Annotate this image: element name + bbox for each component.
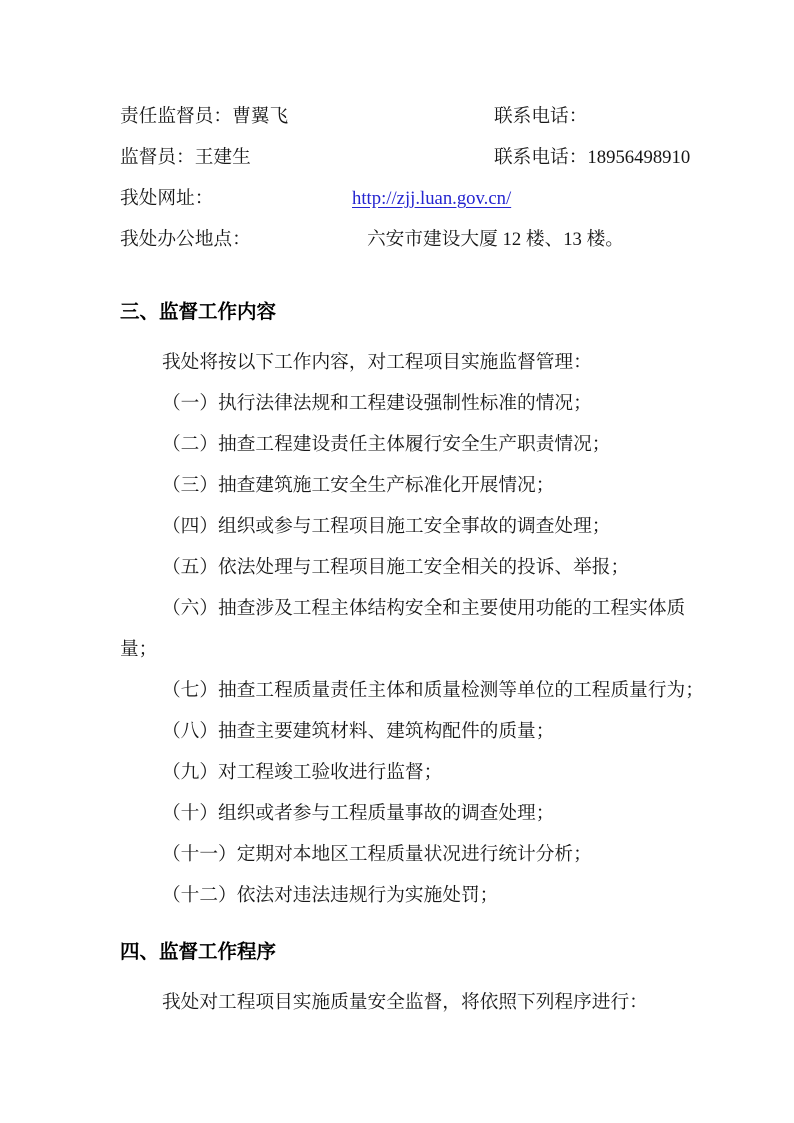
list-item-6: （六）抽查涉及工程主体结构安全和主要使用功能的工程实体质量； — [120, 588, 695, 670]
section3-intro: 我处将按以下工作内容，对工程项目实施监督管理： — [120, 342, 695, 383]
document-page: 责任监督员：曹翼飞 联系电话： 监督员：王建生 联系电话：18956498910… — [0, 0, 695, 1023]
list-item-8: （八）抽查主要建筑材料、建筑构配件的质量； — [120, 711, 695, 752]
duty-supervisor-phone: 联系电话： — [494, 96, 587, 137]
contact-row-duty-supervisor: 责任监督员：曹翼飞 联系电话： — [120, 96, 695, 137]
list-item-2: （二）抽查工程建设责任主体履行安全生产职责情况； — [120, 424, 695, 465]
office-label: 我处办公地点： — [120, 229, 251, 250]
supervisor-phone: 联系电话：18956498910 — [494, 137, 690, 178]
list-item-10: （十）组织或者参与工程质量事故的调查处理； — [120, 793, 695, 834]
contact-row-supervisor: 监督员：王建生 联系电话：18956498910 — [120, 137, 695, 178]
list-item-11: （十一）定期对本地区工程质量状况进行统计分析； — [120, 834, 695, 875]
list-item-12: （十二）依法对违法违规行为实施处罚； — [120, 875, 695, 916]
list-item-7: （七）抽查工程质量责任主体和质量检测等单位的工程质量行为； — [120, 670, 695, 711]
contact-info: 责任监督员：曹翼飞 联系电话： 监督员：王建生 联系电话：18956498910… — [120, 96, 695, 260]
supervisor-label: 监督员：王建生 — [120, 147, 251, 168]
section3-heading: 三、监督工作内容 — [120, 292, 695, 333]
list-item-1: （一）执行法律法规和工程建设强制性标准的情况； — [120, 383, 695, 424]
list-item-9: （九）对工程竣工验收进行监督； — [120, 752, 695, 793]
list-item-3: （三）抽查建筑施工安全生产标准化开展情况； — [120, 465, 695, 506]
section4-intro: 我处对工程项目实施质量安全监督，将依照下列程序进行： — [120, 982, 695, 1023]
list-item-5: （五）依法处理与工程项目施工安全相关的投诉、举报； — [120, 547, 695, 588]
website-link[interactable]: http://zjj.luan.gov.cn/ — [352, 178, 511, 219]
list-item-4: （四）组织或参与工程项目施工安全事故的调查处理； — [120, 506, 695, 547]
duty-supervisor-label: 责任监督员：曹翼飞 — [120, 106, 288, 127]
contact-row-website: 我处网址： http://zjj.luan.gov.cn/ — [120, 178, 695, 219]
section4-heading: 四、监督工作程序 — [120, 932, 695, 973]
website-label: 我处网址： — [120, 188, 213, 209]
office-address: 六安市建设大厦 12 楼、13 楼。 — [367, 219, 624, 260]
contact-row-office: 我处办公地点： 六安市建设大厦 12 楼、13 楼。 — [120, 219, 695, 260]
